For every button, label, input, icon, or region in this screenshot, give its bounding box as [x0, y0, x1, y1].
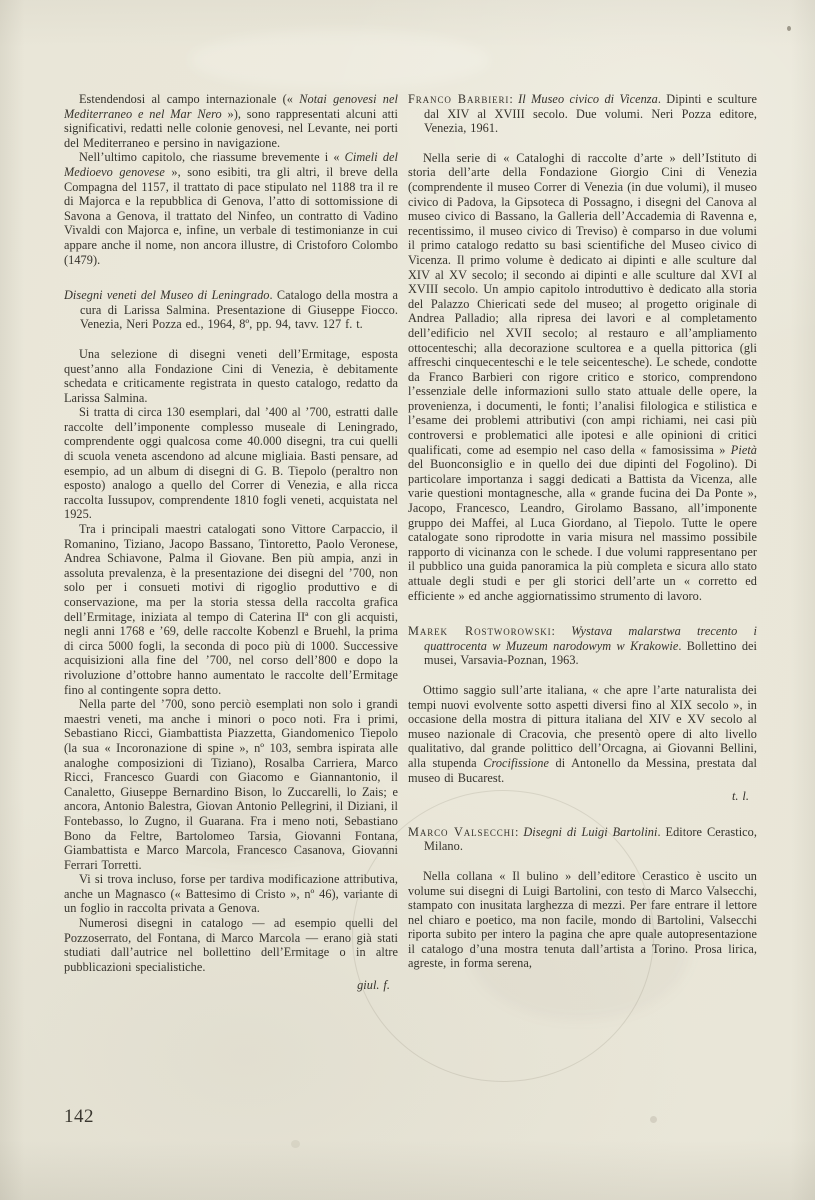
- page-number: 142: [64, 1106, 94, 1128]
- work-title: Disegni di Luigi Bartolini: [523, 825, 657, 839]
- work-title: t. l.: [732, 789, 749, 803]
- text-run: Nella parte del ’700, sono perciò esempl…: [64, 697, 398, 872]
- scanned-book-page: Estendendosi al campo internazionale (« …: [0, 0, 815, 1200]
- text-run: Vi si trova incluso, forse per tardiva m…: [64, 872, 398, 915]
- left-column: Estendendosi al campo internazionale (« …: [64, 92, 398, 1110]
- paragraph: Ottimo saggio sull’arte italiana, « che …: [408, 683, 757, 785]
- scan-light-patch: [190, 30, 490, 90]
- scan-speck: [650, 1116, 657, 1123]
- text-run: Si tratta di circa 130 esemplari, dal ’4…: [64, 405, 398, 521]
- text-run: Una selezione di disegni veneti dell’Erm…: [64, 347, 398, 405]
- text-run: :: [509, 92, 518, 106]
- text-columns: Estendendosi al campo internazionale (« …: [64, 92, 757, 1110]
- paragraph: Vi si trova incluso, forse per tardiva m…: [64, 872, 398, 916]
- bibliographic-entry: Marek Rostworowski: Wystava malarstwa tr…: [408, 624, 757, 668]
- text-run: Nella serie di « Cataloghi di raccolte d…: [408, 151, 757, 457]
- paragraph: Nell’ultimo capitolo, che riassume breve…: [64, 150, 398, 267]
- work-title: giul. f.: [357, 978, 390, 992]
- text-run: Nell’ultimo capitolo, che riassume breve…: [79, 150, 345, 164]
- reviewer-initials: giul. f.: [64, 978, 390, 993]
- paragraph: Si tratta di circa 130 esemplari, dal ’4…: [64, 405, 398, 522]
- author-name: Marco Valsecchi: [408, 825, 515, 839]
- reviewer-initials: t. l.: [408, 789, 749, 804]
- scan-speck: [291, 1140, 300, 1148]
- work-title: Disegni veneti del Museo di Leningrado: [64, 288, 269, 302]
- bibliographic-entry: Marco Valsecchi: Disegni di Luigi Bartol…: [408, 825, 757, 854]
- paragraph: Estendendosi al campo internazionale (« …: [64, 92, 398, 150]
- text-run: :: [552, 624, 572, 638]
- right-column: Franco Barbieri: Il Museo civico di Vice…: [408, 92, 757, 1110]
- paragraph: Una selezione di disegni veneti dell’Erm…: [64, 347, 398, 405]
- paragraph: Numerosi disegni in catalogo — ad esempi…: [64, 916, 398, 974]
- author-name: Franco Barbieri: [408, 92, 509, 106]
- paragraph: Nella collana « Il bulino » dell’editore…: [408, 869, 757, 971]
- text-run: Estendendosi al campo internazionale («: [79, 92, 299, 106]
- text-run: », sono esibiti, tra gli altri, il breve…: [64, 165, 398, 267]
- text-run: Numerosi disegni in catalogo — ad esempi…: [64, 916, 398, 974]
- paragraph: Nella parte del ’700, sono perciò esempl…: [64, 697, 398, 872]
- work-title: Pietà: [731, 443, 757, 457]
- author-name: Marek Rostworowski: [408, 624, 552, 638]
- work-title: Crocifissione: [483, 756, 549, 770]
- bibliographic-entry: Franco Barbieri: Il Museo civico di Vice…: [408, 92, 757, 136]
- bibliographic-entry: Disegni veneti del Museo di Leningrado. …: [64, 288, 398, 332]
- paragraph: Nella serie di « Cataloghi di raccolte d…: [408, 151, 757, 603]
- text-run: Nella collana « Il bulino » dell’editore…: [408, 869, 757, 971]
- work-title: Il Museo civico di Vicenza: [518, 92, 658, 106]
- paragraph: Tra i principali maestri catalogati sono…: [64, 522, 398, 697]
- scan-speck: [787, 26, 791, 31]
- text-run: del Buonconsiglio e in quello dei due di…: [408, 457, 757, 602]
- text-run: Tra i principali maestri catalogati sono…: [64, 522, 398, 697]
